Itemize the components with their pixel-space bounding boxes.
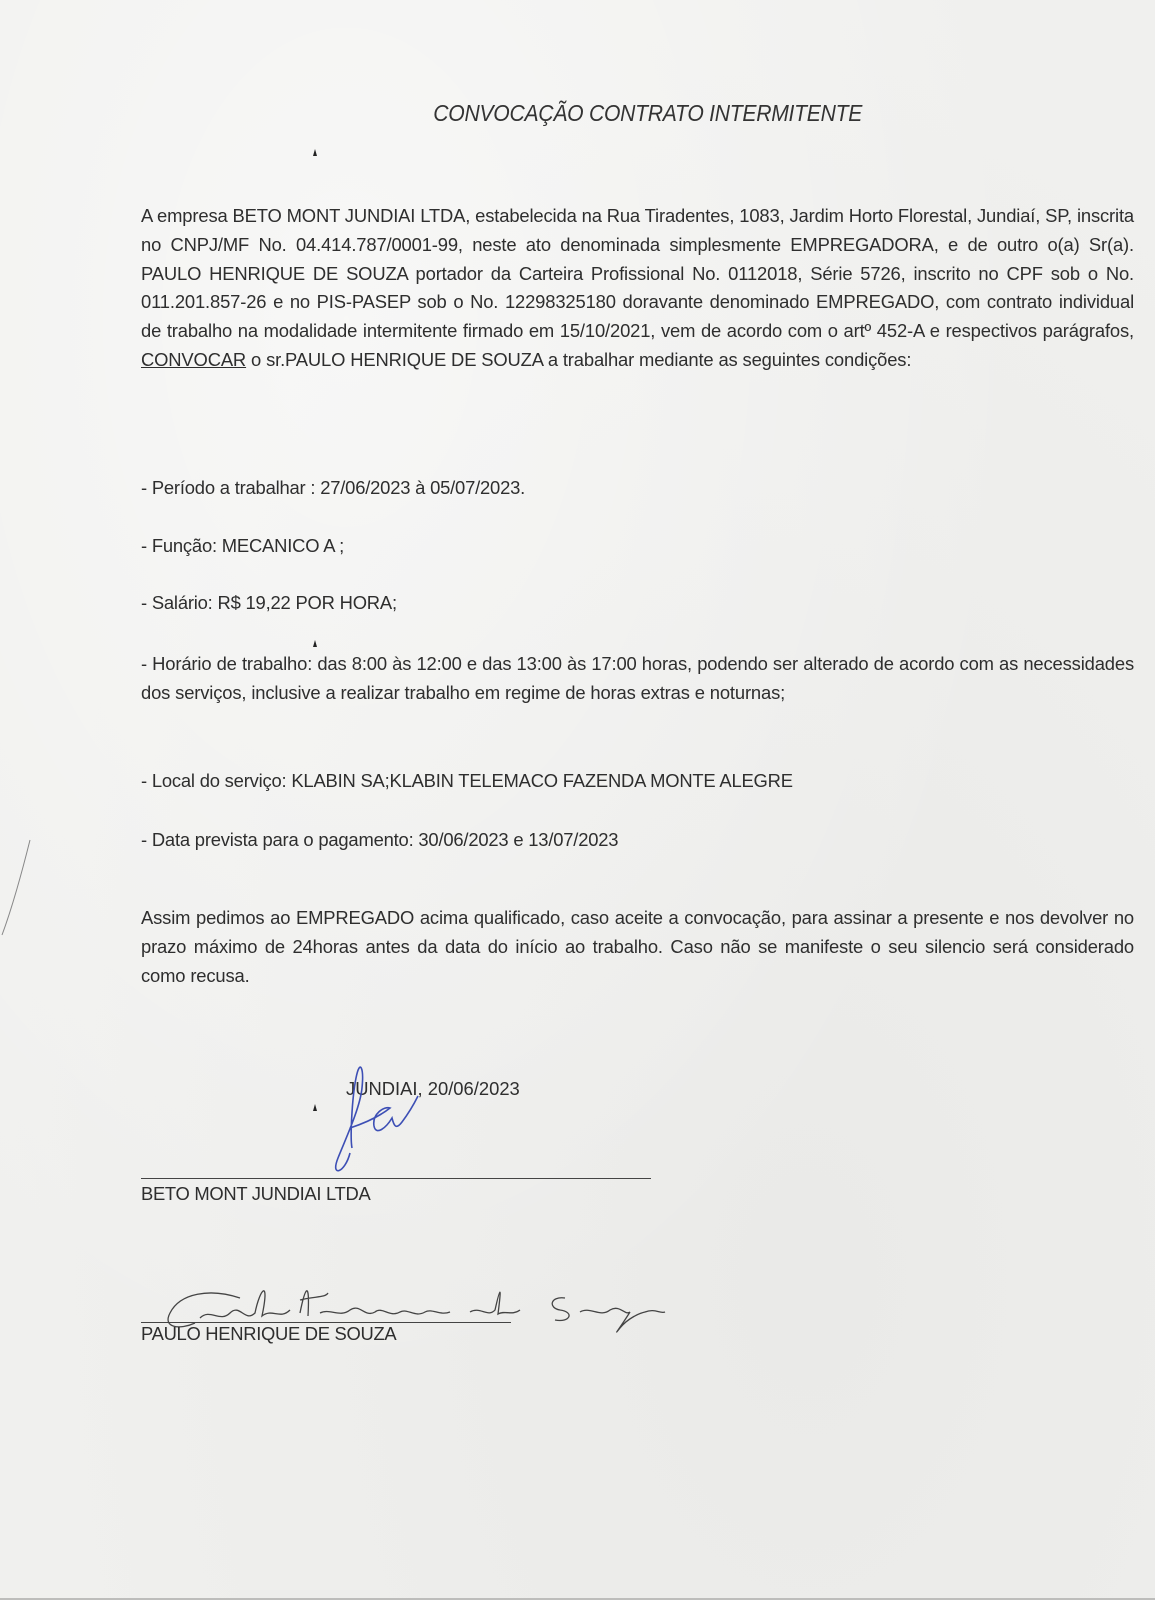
scan-edge-artifact [0,800,60,940]
employer-signature [290,1028,460,1198]
intro-text-end: o sr.PAULO HENRIQUE DE SOUZA a trabalhar… [246,349,911,370]
document-title: CONVOCAÇÃO CONTRATO INTERMITENTE [52,100,1115,127]
intro-text: A empresa BETO MONT JUNDIAI LTDA, estabe… [141,205,1134,341]
scanned-page: CONVOCAÇÃO CONTRATO INTERMITENTE A empre… [0,0,1155,1600]
convocar-underlined: CONVOCAR [141,349,246,370]
intro-paragraph: A empresa BETO MONT JUNDIAI LTDA, estabe… [141,202,1134,375]
condition-local: - Local do serviço: KLABIN SA;KLABIN TEL… [141,770,793,792]
employee-signature-label: PAULO HENRIQUE DE SOUZA [141,1323,396,1345]
condition-periodo: - Período a trabalhar : 27/06/2023 à 05/… [141,477,525,499]
scan-speck-mark [313,149,317,156]
closing-paragraph: Assim pedimos ao EMPREGADO acima qualifi… [141,904,1134,990]
condition-funcao: - Função: MECANICO A ; [141,535,344,557]
condition-pagamento: - Data prevista para o pagamento: 30/06/… [141,829,618,851]
employer-signature-line [141,1178,651,1179]
condition-salario: - Salário: R$ 19,22 POR HORA; [141,592,397,614]
scan-speck-mark [313,640,317,647]
condition-horario: - Horário de trabalho: das 8:00 às 12:00… [141,650,1134,708]
employer-signature-label: BETO MONT JUNDIAI LTDA [141,1183,370,1205]
